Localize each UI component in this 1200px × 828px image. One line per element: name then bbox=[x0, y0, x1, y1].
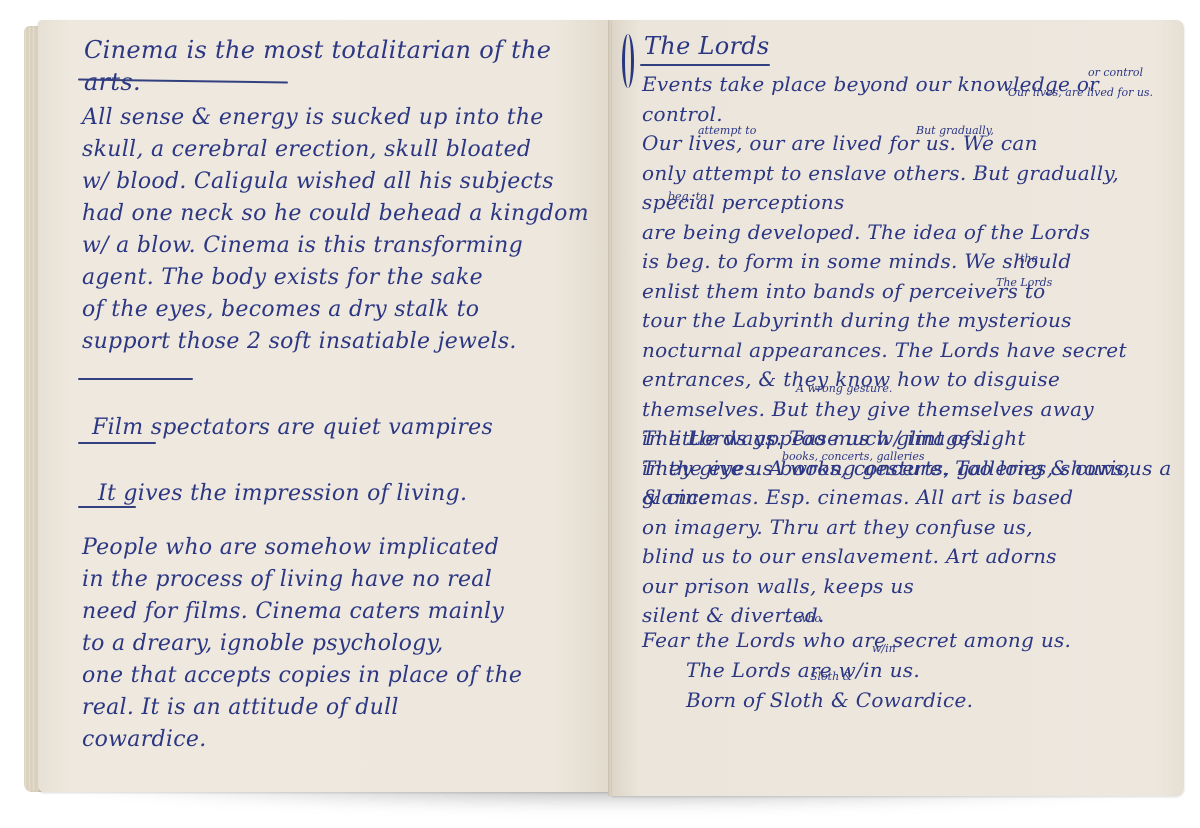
right-page-heading: The Lords bbox=[644, 30, 770, 62]
left-page-heading: Cinema is the most totalitarian of the a… bbox=[84, 34, 610, 98]
right-closing-line-2: The Lords are w/in us. bbox=[686, 654, 1166, 686]
right-closing-line-3: Born of Sloth & Cowardice. bbox=[686, 684, 1166, 716]
left-paragraph-1: All sense & energy is sucked up into the… bbox=[82, 102, 602, 358]
left-paragraph-2: People who are somehow implicated in the… bbox=[82, 532, 602, 756]
right-page: The Lords or control Our lives, are live… bbox=[612, 20, 1184, 796]
left-subheading-2: It gives the impression of living. bbox=[98, 478, 598, 510]
section-divider bbox=[78, 378, 193, 380]
margin-ink-mark bbox=[622, 34, 634, 88]
subheading-1-underline bbox=[78, 442, 156, 444]
right-heading-underline bbox=[640, 64, 770, 66]
left-subheading-1: Film spectators are quiet vampires bbox=[92, 412, 592, 444]
open-notebook: Cinema is the most totalitarian of the a… bbox=[24, 20, 1186, 798]
subheading-2-underline bbox=[78, 506, 136, 508]
right-paragraph-2: The Lords appease us w/ images. They giv… bbox=[642, 424, 1172, 631]
left-page: Cinema is the most totalitarian of the a… bbox=[38, 20, 610, 792]
right-closing-line-1: Fear the Lords who are secret among us. bbox=[642, 624, 1172, 656]
